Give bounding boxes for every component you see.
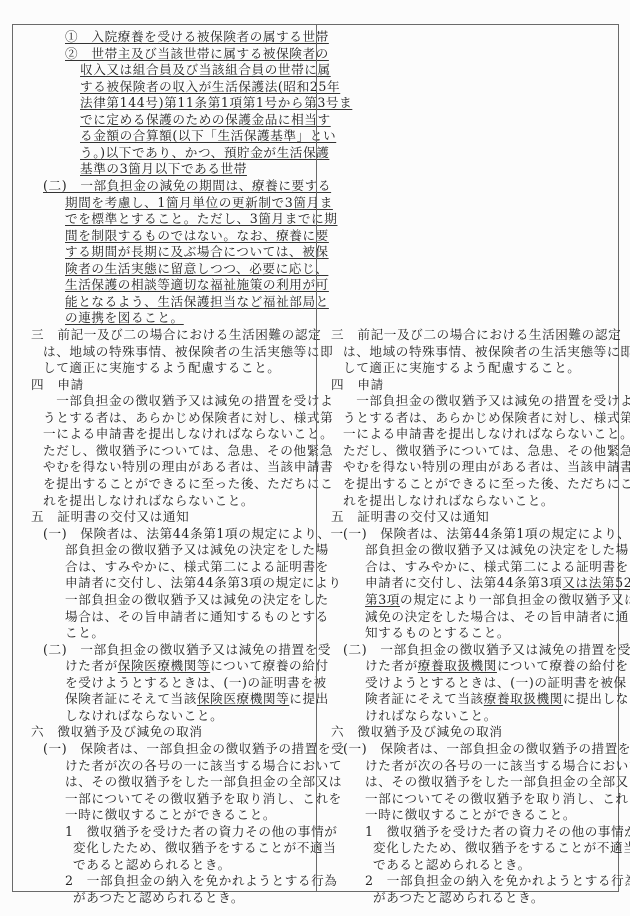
- text-line: 第3項の規定により一部負担金の徴収猶予又は: [365, 591, 630, 609]
- column-divider: [316, 25, 317, 891]
- text-line: 法律第144号)第11条第1項第1号から第3号ま: [80, 94, 352, 112]
- text-line: ただし、徴収猶予については、急患、その他緊急: [43, 442, 333, 460]
- text-line: 一部についてその徴収猶予を取り消し、これを: [65, 790, 342, 808]
- text-line: けた者が次の各号の一に該当する場合において: [65, 757, 342, 775]
- text-line: 2 一部負担金の納入を免かれようとする行為: [365, 872, 630, 890]
- text-span: に提出しな: [563, 691, 629, 706]
- text-line: やむを得ない特別の理由がある者は、当該申請書: [43, 458, 333, 476]
- text-line: 六 徴収猶予及び減免の取消: [31, 723, 203, 741]
- text-line: の連携を図ること。: [65, 309, 184, 327]
- text-line: 期間を考慮し、1箇月単位の更新制で3箇月ま: [65, 194, 333, 212]
- text-line: は、地域の特殊事情、被保険者の生活実態等に即: [43, 343, 333, 361]
- text-line: 五 証明書の交付又は通知: [331, 508, 489, 526]
- text-line: 間を制限するものではない。なお、療養に要: [65, 227, 329, 245]
- text-span: 申請者に交付し、法第44条第3項: [365, 575, 562, 590]
- text-line: 1 徴収猶予を受けた者の資力その他の事情が: [65, 823, 338, 841]
- text-line: ければならないこと。: [365, 707, 497, 725]
- text-line: うとする者は、あらかじめ保険者に対し、様式第: [43, 409, 333, 427]
- text-line: 場合は、その旨申請者に通知するものとする: [65, 608, 329, 626]
- text-line: 知するものとすること。: [365, 624, 510, 642]
- text-line: 一による申請書を提出しなければならないこと。: [43, 425, 333, 443]
- text-line: を受けようとするときは、(一)の証明書を被: [65, 674, 327, 692]
- text-line: 部負担金の徴収猶予又は減免の決定をした場: [65, 541, 329, 559]
- text-line: 能となるよう、生活保護担当など福祉部局と: [65, 293, 329, 311]
- text-line: 六 徴収猶予及び減免の取消: [331, 723, 503, 741]
- text-line: 申請者に交付し、法第44条第3項又は法第52条: [365, 574, 630, 592]
- text-line: 2 一部負担金の納入を免かれようとする行為: [65, 872, 338, 890]
- underlined-amendment: 保険医療機関等: [197, 691, 289, 706]
- text-line: は、その徴収猶予をした一部負担金の全部又は: [65, 773, 342, 791]
- text-line: 合は、すみやかに、様式第二による証明書を: [365, 558, 629, 576]
- text-line: 一時に徴収することができること。: [365, 806, 576, 824]
- text-line: 変化したため、徴収猶予をすることが不適当: [373, 839, 630, 857]
- text-line: 五 証明書の交付又は通知: [31, 508, 189, 526]
- text-span: けた者が: [65, 658, 118, 673]
- text-line: 一時に徴収することができること。: [65, 806, 276, 824]
- text-line: (一) 保険者は、法第44条第1項の規定により、一: [43, 525, 344, 543]
- underlined-amendment: 保険医療機関等: [118, 658, 210, 673]
- text-span: 険者証にそえて当該: [365, 691, 484, 706]
- text-span: について療養の給付: [210, 658, 329, 673]
- text-span: 保険者証にそえて当該: [65, 691, 197, 706]
- text-span: けた者が: [365, 658, 418, 673]
- underlined-amendment: 第3項: [365, 592, 400, 607]
- text-line: けた者が保険医療機関等について療養の給付: [65, 657, 329, 675]
- text-line: 四 申請: [31, 376, 84, 394]
- underlined-amendment: 療養取扱機関: [484, 691, 563, 706]
- text-line: は、その徴収猶予をした一部負担金の全部又は: [365, 773, 630, 791]
- text-line: であると認められるとき。: [73, 856, 231, 874]
- text-line: であると認められるとき。: [373, 856, 531, 874]
- underlined-amendment: 療養取扱機関: [418, 658, 497, 673]
- text-line: は、地域の特殊事情、被保険者の生活実態等に即: [343, 343, 630, 361]
- text-line: を提出することができるに至った後、ただちにこ: [43, 475, 333, 493]
- text-line: ② 世帯主及び当該世帯に属する被保険者の: [65, 45, 329, 63]
- text-line: しなければならないこと。: [65, 707, 223, 725]
- text-span: の規定により一部負担金の徴収猶予又は: [400, 592, 630, 607]
- text-line: けた者が療養取扱機関について療養の給付を: [365, 657, 629, 675]
- text-line: する期間が長期に及ぶ場合については、被保: [65, 243, 329, 261]
- text-line: する被保険者の収入が生活保護法(昭和25年: [80, 78, 340, 96]
- text-line: があつたと認められるとき。: [373, 889, 544, 907]
- text-span: について療養の給付を: [497, 658, 629, 673]
- text-line: ただし、徴収猶予については、急患、その他緊急: [343, 442, 630, 460]
- text-line: 一部負担金の徴収猶予又は減免の措置を受けよ: [343, 392, 630, 410]
- text-line: 申請者に交付し、法第44条第3項の規定により: [65, 574, 342, 592]
- text-line: る金額の合算額(以下「生活保護基準」とい: [80, 127, 336, 145]
- text-line: (一) 保険者は、法第44条第1項の規定により、一: [343, 525, 630, 543]
- text-line: やむを得ない特別の理由がある者は、当該申請書: [343, 458, 630, 476]
- text-line: して適正に実施するよう配慮すること。: [43, 359, 281, 377]
- text-line: 険者証にそえて当該療養取扱機関に提出しな: [365, 690, 629, 708]
- text-line: 変化したため、徴収猶予をすることが不適当: [73, 839, 336, 857]
- text-line: でに定める保護のための保護金品に相当す: [80, 111, 331, 129]
- text-line: 生活保護の相談等適切な福祉施策の利用が可: [65, 276, 329, 294]
- text-line: 三 前記一及び二の場合における生活困難の認定: [331, 326, 621, 344]
- text-line: 四 申請: [331, 376, 384, 394]
- text-line: 三 前記一及び二の場合における生活困難の認定: [31, 326, 321, 344]
- text-line: (二) 一部負担金の減免の期間は、療養に要する: [43, 177, 331, 195]
- text-line: 部負担金の徴収猶予又は減免の決定をした場: [365, 541, 629, 559]
- text-line: 険者の生活実態に留意しつつ、必要に応じ、: [65, 260, 328, 278]
- text-line: 基準の3箇月以下である世帯: [80, 160, 247, 178]
- text-line: 収入又は組合員及び当該組合員の世帯に属: [80, 61, 331, 79]
- text-line: 受けようとするときは、(一)の証明書を被保: [365, 674, 627, 692]
- comparison-table: ① 入院療養を受ける被保険者の属する世帯② 世帯主及び当該世帯に属する被保険者の…: [12, 24, 619, 892]
- text-span: に提出: [289, 691, 329, 706]
- underlined-amendment: 又は法第52条: [562, 575, 630, 590]
- text-line: 合は、すみやかに、様式第二による証明書を: [65, 558, 329, 576]
- text-line: う。)以下であり、かつ、預貯金が生活保護: [80, 144, 329, 162]
- text-line: (一) 保険者は、一部負担金の徴収猶予の措置を受: [343, 740, 630, 758]
- text-line: 一による申請書を提出しなければならないこと。: [343, 425, 630, 443]
- text-line: 一部負担金の徴収猶予又は減免の決定をした: [65, 591, 329, 609]
- text-line: 1 徴収猶予を受けた者の資力その他の事情が: [365, 823, 630, 841]
- text-line: れを提出しなければならないこと。: [43, 492, 254, 510]
- text-line: でを標準とすること。ただし、3箇月までに期: [65, 210, 338, 228]
- text-line: れを提出しなければならないこと。: [343, 492, 554, 510]
- text-line: うとする者は、あらかじめ保険者に対し、様式第: [343, 409, 630, 427]
- text-line: けた者が次の各号の一に該当する場合において: [365, 757, 630, 775]
- text-line: こと。: [65, 624, 105, 642]
- text-line: 一部負担金の徴収猶予又は減免の措置を受けよ: [43, 392, 333, 410]
- text-line: 一部についてその徴収猶予を取り消し、これを: [365, 790, 630, 808]
- text-line: (二) 一部負担金の徴収猶予又は減免の措置を受: [43, 641, 331, 659]
- text-line: 保険者証にそえて当該保険医療機関等に提出: [65, 690, 329, 708]
- text-line: (一) 保険者は、一部負担金の徴収猶予の措置を受: [43, 740, 344, 758]
- text-line: (二) 一部負担金の徴収猶予又は減免の措置を受: [343, 641, 630, 659]
- text-line: ① 入院療養を受ける被保険者の属する世帯: [65, 28, 329, 46]
- text-line: 減免の決定をした場合は、その旨申請者に通: [365, 608, 629, 626]
- text-line: して適正に実施するよう配慮すること。: [343, 359, 581, 377]
- text-line: があつたと認められるとき。: [73, 889, 244, 907]
- text-line: を提出することができるに至った後、ただちにこ: [343, 475, 630, 493]
